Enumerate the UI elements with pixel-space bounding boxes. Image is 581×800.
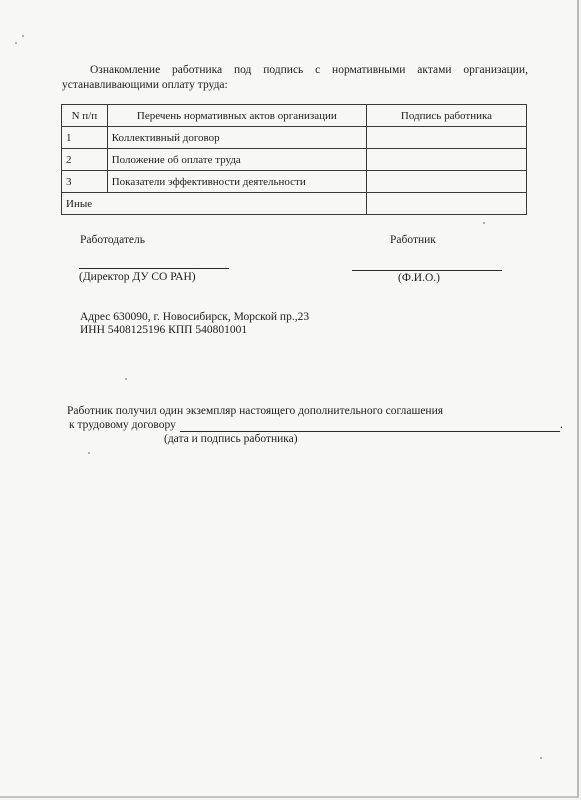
signature-cell[interactable] <box>366 149 526 171</box>
receipt-line-2-prefix: к трудовому договору <box>67 418 176 432</box>
intro-word: с <box>315 63 320 78</box>
header-employee-signature: Подпись работника <box>366 105 526 127</box>
header-acts-list: Перечень нормативных актов организации <box>107 105 366 127</box>
row-number: 1 <box>62 127 108 149</box>
scan-speck <box>125 378 127 380</box>
scan-speck <box>22 35 24 37</box>
receipt-statement: Работник получил один экземпляр настояще… <box>67 404 563 446</box>
table-row: 3 Показатели эффективности деятельности <box>62 171 527 193</box>
act-name: Положение об оплате труда <box>107 149 366 171</box>
scan-speck <box>15 42 17 44</box>
employer-address: Адрес 630090, г. Новосибирск, Морской пр… <box>80 311 309 323</box>
table-header-row: N п/п Перечень нормативных актов организ… <box>62 105 527 127</box>
scan-speck <box>483 222 485 224</box>
employer-signature-line[interactable] <box>79 268 229 269</box>
row-number: 3 <box>62 171 108 193</box>
signature-cell[interactable] <box>366 127 526 149</box>
intro-word: нормативными <box>332 63 405 78</box>
document-page: Ознакомление работника под подпись с нор… <box>0 0 579 798</box>
table-row: 1 Коллективный договор <box>62 127 527 149</box>
intro-line-2: устанавливающими оплату труда: <box>62 78 528 93</box>
header-number: N п/п <box>62 105 108 127</box>
act-name: Показатели эффективности деятельности <box>107 171 366 193</box>
table-row: 2 Положение об оплате труда <box>62 149 527 171</box>
employee-caption: (Ф.И.О.) <box>398 272 440 284</box>
other-acts-label: Иные <box>62 193 367 215</box>
receipt-line-1: Работник получил один экземпляр настояще… <box>67 404 563 418</box>
intro-paragraph: Ознакомление работника под подпись с нор… <box>62 63 528 93</box>
employee-title: Работник <box>390 234 436 246</box>
intro-word: актами <box>417 63 451 78</box>
employer-title: Работодатель <box>80 234 145 246</box>
receipt-caption: (дата и подпись работника) <box>67 432 563 446</box>
normative-acts-table: N п/п Перечень нормативных актов организ… <box>61 104 527 215</box>
intro-word: Ознакомление <box>90 63 160 78</box>
receipt-line-2: к трудовому договору . <box>67 418 563 432</box>
act-name: Коллективный договор <box>107 127 366 149</box>
employee-signature-line[interactable] <box>352 270 502 271</box>
signature-cell[interactable] <box>366 171 526 193</box>
intro-word: под <box>234 63 251 78</box>
signature-cell[interactable] <box>366 193 526 215</box>
employer-tax-ids: ИНН 5408125196 КПП 540801001 <box>80 324 247 336</box>
scan-speck <box>540 757 542 759</box>
employer-caption: (Директор ДУ СО РАН) <box>79 271 196 283</box>
table-row-other: Иные <box>62 193 527 215</box>
row-number: 2 <box>62 149 108 171</box>
intro-word: работника <box>172 63 222 78</box>
intro-line-1: Ознакомление работника под подпись с нор… <box>62 63 528 78</box>
receipt-line-2-suffix: . <box>560 418 563 432</box>
intro-word: организации, <box>463 63 528 78</box>
contract-blank-field[interactable] <box>180 420 560 432</box>
intro-word: подпись <box>263 63 303 78</box>
scan-speck <box>88 452 90 454</box>
